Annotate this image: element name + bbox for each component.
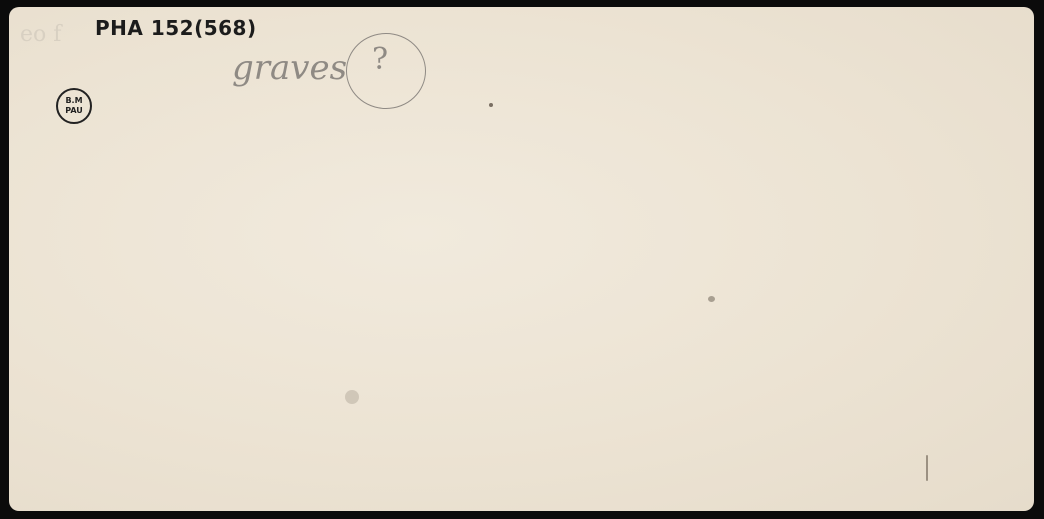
stain-spot (926, 455, 928, 481)
library-stamp: B.M PAU (56, 88, 92, 124)
stamp-line-1: B.M (58, 96, 90, 106)
faint-pencil-mark: eo f (20, 22, 61, 47)
stamp-line-2: PAU (58, 106, 90, 116)
stain-spot (708, 296, 715, 302)
stain-spot (345, 390, 359, 404)
pencil-note: graves (232, 48, 347, 88)
question-mark: ? (372, 42, 388, 77)
inventory-number: PHA 152(568) (95, 16, 257, 40)
stain-spot (489, 103, 493, 107)
photo-card-back (9, 7, 1034, 511)
